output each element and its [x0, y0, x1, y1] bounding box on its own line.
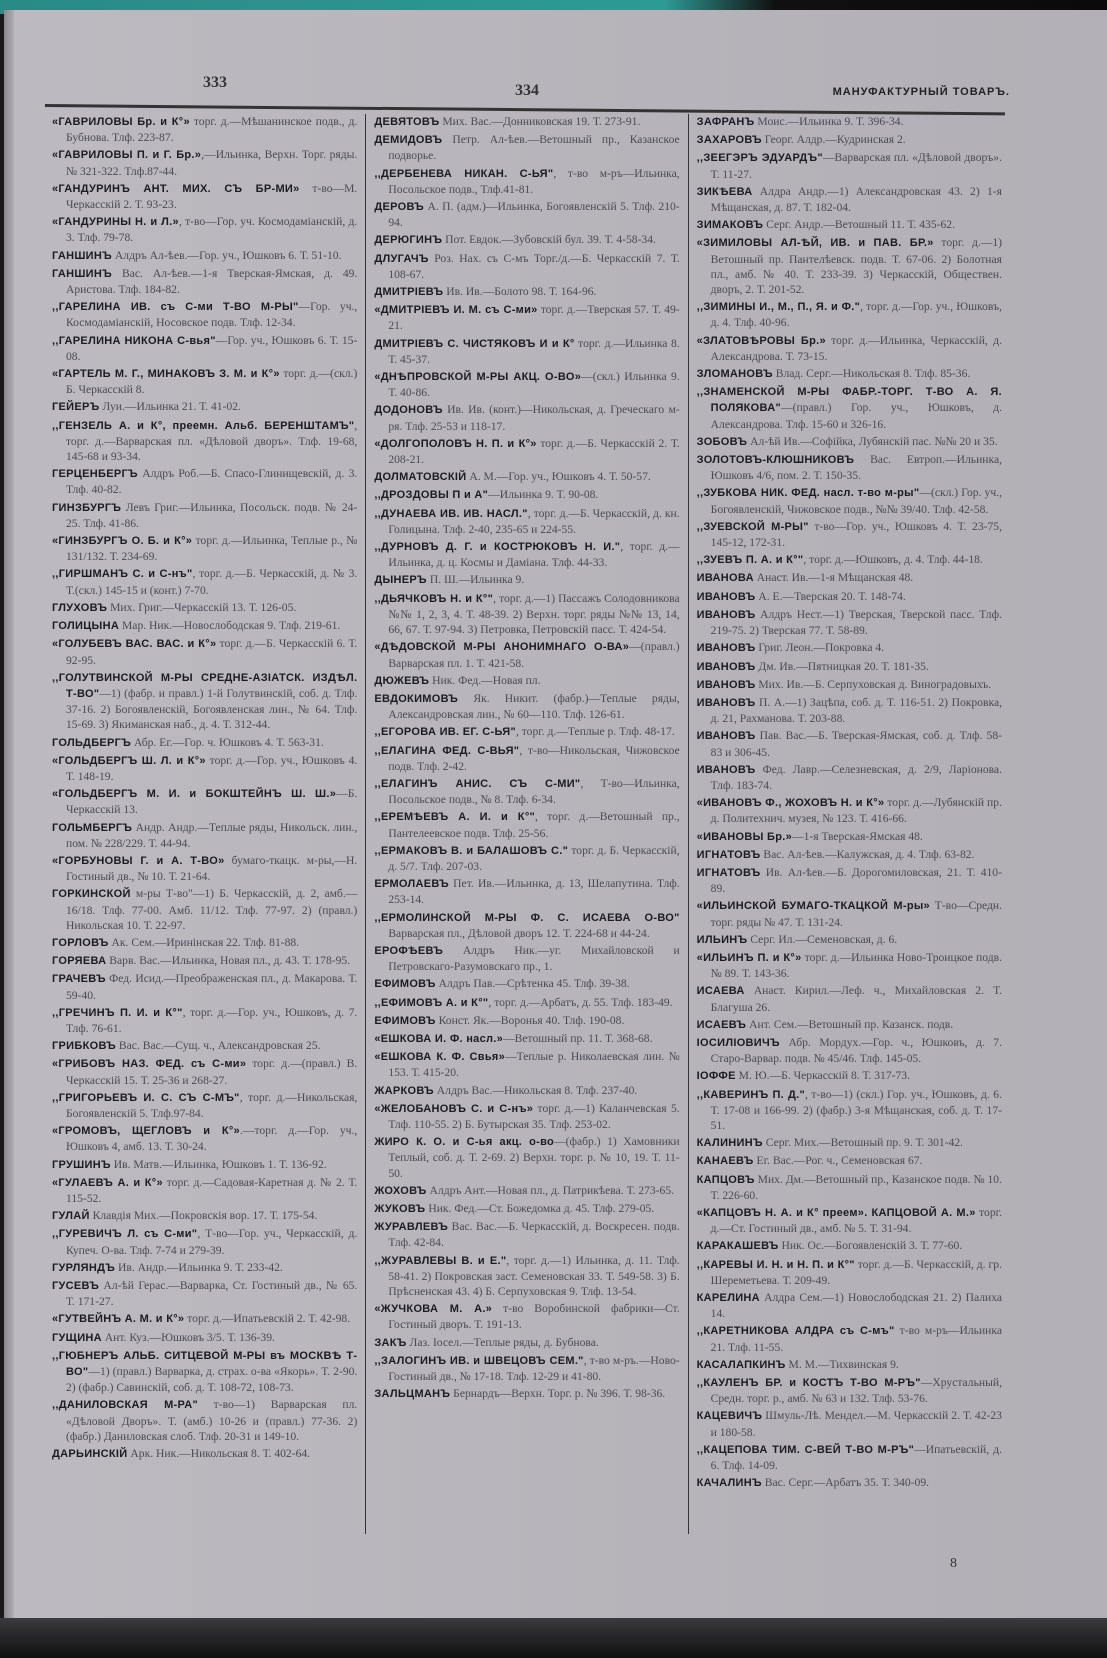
directory-entry: «КАПЦОВЪ Н. А. и К° преем». КАПЦОВОЙ А. … [697, 1205, 1002, 1236]
entry-name: ГРАЧЕВЪ [52, 973, 106, 985]
directory-entry: «ГОЛУБЕВЪ ВАС. ВАС. и К°» торг. д.—Б. Че… [52, 636, 357, 667]
directory-entry: ,,ЗУЕВЪ П. А. и К°", торг. д.—Юшковъ, д.… [697, 552, 1002, 568]
directory-entry: ,,ГУРЕВИЧЪ Л. съ С-ми", Т-во—Гор. уч., Ч… [52, 1226, 357, 1257]
directory-entry: ,,ЕРМОЛИНСКОЙ М-РЫ Ф. С. ИСАЕВА О-ВО" Ва… [374, 910, 679, 941]
entry-details: Мих. Дм.—Ветошный пр., Казанское подв. №… [711, 1173, 1002, 1202]
entry-details: Роз. Нах. съ С-мъ Торг./д.—Б. Черкасскій… [388, 252, 679, 281]
entry-details: П. А.—1) Зацѣпа, соб. д. Т. 116-51. 2) П… [711, 696, 1002, 725]
directory-entry: ,,ЗУБКОВА НИК. ФЕД. насл. т-во м-ры"—(ск… [697, 485, 1002, 516]
page-spine-shadow [4, 10, 14, 1630]
directory-entry: ЗОЛОТОВЪ-КЛЮШНИКОВЪ Вас. Евтроп.—Ильинка… [697, 452, 1002, 483]
entry-name: ИВАНОВЪ [697, 697, 756, 709]
entry-name: «ГОЛЬДБЕРГЪ М. И. и БОКШТЕЙНЪ Ш. Ш.» [52, 788, 336, 800]
entry-details: Мих. Вас.—Донниковская 19. Т. 273-91. [439, 115, 640, 128]
entry-name: ,,ЕРЕМѢЕВЪ А. И. и К°" [374, 811, 535, 823]
directory-entry: ГРУШИНЪ Ив. Матв.—Ильинка, Юшковъ 1. Т. … [52, 1157, 357, 1173]
entry-details: Анаст. Ив.—1-я Мѣщанская 48. [754, 571, 913, 584]
directory-entry: ЗОБОВЪ Ал-ѣй Ив.—Софійка, Лубянскій пас.… [697, 434, 1002, 450]
directory-entry: ИЛЬИНЪ Серг. Ил.—Семеновская, д. 6. [697, 932, 1002, 948]
directory-entry: КАРЕЛИНА Алдра Сем.—1) Новослободская 21… [697, 1290, 1002, 1321]
entry-name: ЕВДОКИМОВЪ [374, 693, 458, 705]
entry-name: ,,КАЦЕПОВА ТИМ. С-ВЕЙ Т-ВО М-РЪ" [697, 1444, 914, 1456]
entry-name: ДЕМИДОВЪ [374, 134, 442, 146]
entry-details: Алдръ Вас.—Никольская 8. Тлф. 237-40. [434, 1084, 637, 1097]
entry-name: КАНАЕВЪ [697, 1155, 754, 1167]
entry-details: Мих. Ив.—Б. Серпуховская д. Виноградовых… [755, 678, 991, 691]
directory-entry: ,,КАВЕРИНЪ П. Д.", т-во—1) (скл.) Гор. у… [697, 1087, 1002, 1134]
entry-details: Алдръ Пав.—Срѣтенка 45. Тлф. 39-38. [436, 977, 630, 990]
directory-entry: ,,ЕЛАГИНЪ АНИС. СЪ С-МИ", Т-во—Ильинка, … [374, 776, 679, 807]
directory-entry: ,,КАУЛЕНЪ БР. и КОСТЪ Т-ВО М-РЪ"—Хрустал… [697, 1375, 1002, 1406]
entry-name: ДЕРЮГИНЪ [374, 234, 442, 246]
entry-name: ,,ЗИМИНЫ И., М., П., Я. и Ф." [697, 301, 861, 313]
entry-name: ДЮЖЕВЪ [374, 675, 429, 687]
directory-entry: «ГАВРИЛОВЫ Бр. и К°» торг. д.—Мѣшанинско… [52, 114, 357, 145]
entry-details: Ант. Сем.—Ветошный пр. Казанск. подв. [746, 1018, 953, 1031]
entry-details: Алдръ Нест.—1) Тверская, Тверской пасс. … [711, 608, 1002, 637]
directory-entry: ,,ЗЕЕГЭРЪ ЭДУАРДЪ"—Варварская пл. «Дѣлов… [697, 150, 1002, 181]
entry-name: «ГОЛУБЕВЪ ВАС. ВАС. и К°» [52, 638, 216, 650]
entry-details: , торг. д.—Юшковъ, д. 4. Тлф. 44-18. [803, 553, 982, 566]
entry-name: ,,ДУРНОВЪ Д. Г. и КОСТРЮКОВЪ Н. И." [374, 541, 620, 553]
directory-entry: «ГРИБОВЪ НАЗ. ФЕД. съ С-ми» торг. д.—(пр… [52, 1056, 357, 1087]
entry-name: ДМИТРІЕВЪ С. ЧИСТЯКОВЪ И и К° [374, 338, 574, 350]
entry-details: —1) (фабр. и правл.) 1-й Голутвинскій, с… [66, 687, 357, 731]
entry-name: «ДѢДОВСКОЙ М-РЫ АНОНИМНАГО О-ВА» [374, 641, 629, 653]
entry-name: ИВАНОВА [697, 572, 754, 584]
entry-name: ,,ЗУЕВСКОЙ М-РЫ" [697, 521, 809, 533]
entry-name: ИВАНОВЪ [697, 642, 756, 654]
directory-entry: КАПЦОВЪ Мих. Дм.—Ветошный пр., Казанское… [697, 1172, 1002, 1203]
entry-name: ИВАНОВЪ [697, 764, 756, 776]
entry-details: Лаз. Іосел.—Теплые ряды, д. Бубнова. [407, 1336, 599, 1349]
entry-name: ИСАЕВА [697, 985, 745, 997]
entry-details: П. Ш.—Ильинка 9. [427, 573, 524, 586]
entry-name: ,,ДРОЗДОВЫ П и А" [374, 489, 488, 501]
directory-entry: ЗЛОМАНОВЪ Влад. Серг.—Никольская 8. Тлф.… [697, 366, 1002, 382]
entry-details: Григ. Леон.—Покровка 4. [755, 641, 884, 654]
directory-entry: ЗАХАРОВЪ Георг. Алдр.—Кудринская 2. [697, 132, 1002, 148]
entry-name: ГИНЗБУРГЪ [52, 502, 121, 514]
entry-name: ,,ГИРШМАНЪ С. и С-нъ" [52, 568, 193, 580]
entry-details: —Ильинка 9. Т. 90-08. [488, 488, 598, 501]
entry-details: Ак. Сем.—Иринінская 22. Тлф. 81-88. [109, 936, 299, 949]
entry-name: ЖАРКОВЪ [374, 1085, 434, 1097]
directory-entry: «ЖЕЛОБАНОВЪ С. и С-нъ» торг. д.—1) Калан… [374, 1101, 679, 1132]
entry-name: ГАНШИНЪ [52, 268, 112, 280]
directory-entry: ДЫНЕРЪ П. Ш.—Ильинка 9. [374, 572, 679, 588]
entry-details: Фед. Лавр.—Селезневская, д. 2/9, Ларіоно… [711, 763, 1002, 792]
entry-name: ,,ЕРМОЛИНСКОЙ М-РЫ Ф. С. ИСАЕВА О-ВО" [374, 912, 679, 924]
directory-entry: ИВАНОВЪ А. Е.—Тверская 20. Т. 148-74. [697, 589, 1002, 605]
directory-entry: ,,ЗИМИНЫ И., М., П., Я. и Ф.", торг. д.—… [697, 299, 1002, 330]
entry-details: —1) (правл.) Варварка, д. страх. о-ва «Я… [66, 1365, 357, 1394]
directory-entry: ГОРЯЕВА Варв. Вас.—Ильинка, Новая пл., д… [52, 953, 357, 969]
entry-details: торг. д.—Ипатьевскій 2. Т. 42-98. [184, 1312, 350, 1325]
directory-entry: «ИВАНОВЫ Бр.»—1-я Тверская-Ямская 48. [697, 829, 1002, 845]
entry-name: КАСАЛАПКИНЪ [697, 1359, 786, 1371]
entry-name: ЗАКЪ [374, 1337, 406, 1349]
entry-details: Ник. Ос.—Богоявленскій 3. Т. 77-60. [779, 1239, 963, 1252]
page-number: 334 [515, 82, 539, 100]
directory-entry: «ГРОМОВЪ, ЩЕГЛОВЪ и К°».—торг. д.—Гор. у… [52, 1123, 357, 1154]
page-header: 333 334 МАНУФАКТУРНЫЙ ТОВАРЪ. [40, 68, 1010, 108]
entry-name: ГУЛАЙ [52, 1210, 90, 1222]
directory-entry: «ГОЛЬДБЕРГЪ Ш. Л. и К°» торг. д.—Гор. уч… [52, 753, 357, 784]
entry-name: ,,ЖУРАВЛЕВЫ В. и Е." [374, 1255, 506, 1267]
directory-entry: «ГУТВЕЙНЪ А. М. и К°» торг. д.—Ипатьевск… [52, 1311, 357, 1327]
entry-details: Алдра Андр.—1) Александровская 43. 2) 1-… [711, 185, 1002, 214]
directory-entry: ИВАНОВЪ П. А.—1) Зацѣпа, соб. д. Т. 116-… [697, 695, 1002, 726]
directory-entry: ГРАЧЕВЪ Фед. Исид.—Преображенская пл., д… [52, 971, 357, 1002]
entry-name: ,,ГРИГОРЬЕВЪ И. С. СЪ С-МЪ" [52, 1092, 240, 1104]
directory-entry: ИГНАТОВЪ Вас. Ал-ѣев.—Калужская, д. 4. Т… [697, 847, 1002, 863]
directory-entry: ,,ДУРНОВЪ Д. Г. и КОСТРЮКОВЪ Н. И.", тор… [374, 539, 679, 570]
directory-entry: ГОЛЬДБЕРГЪ Абр. Ег.—Гор. ч. Юшковъ 4. Т.… [52, 735, 357, 751]
entry-name: ИВАНОВЪ [697, 609, 756, 621]
directory-entry: ГАНШИНЪ Вас. Ал-ѣев.—1-я Тверская-Ямская… [52, 266, 357, 297]
directory-entry: ИВАНОВЪ Фед. Лавр.—Селезневская, д. 2/9,… [697, 762, 1002, 793]
directory-entry: ЗИКѢЕВА Алдра Андр.—1) Александровская 4… [697, 184, 1002, 215]
entry-name: ,,ГРЕЧИНЪ П. И. и К°" [52, 1007, 183, 1019]
directory-entry: «ГАНДУРИНЪ АНТ. МИХ. СЪ БР-МИ» т-во—М. Ч… [52, 181, 357, 212]
directory-entry: ИВАНОВЪ Пав. Вас.—Б. Тверская-Ямская, со… [697, 728, 1002, 759]
entry-name: ЗАХАРОВЪ [697, 134, 762, 146]
entry-name: КАЦЕВИЧЪ [697, 1410, 763, 1422]
entry-details: Серг. Андр.—Ветошный 11. Т. 435-62. [763, 218, 955, 231]
directory-entry: «ЕШКОВА И. Ф. насл.»—Ветошный пр. 11. Т.… [374, 1031, 679, 1047]
entry-name: КАЧАЛИНЪ [697, 1477, 762, 1489]
entry-name: ГОРКИНСКОЙ [52, 888, 131, 900]
directory-entry: ЖУРАВЛЕВЪ Вас. Вас.—Б. Черкасскій, д. Во… [374, 1219, 679, 1250]
directory-entry: КАЧАЛИНЪ Вас. Серг.—Арбатъ 35. Т. 340-09… [697, 1475, 1002, 1491]
entry-details: Варв. Вас.—Ильинка, Новая пл., д. 43. Т.… [106, 954, 350, 967]
directory-entry: ,,ЕРМАКОВЪ В. и БАЛАШОВЪ С." торг. д. Б.… [374, 843, 679, 874]
directory-entry: ИСАЕВА Анаст. Кирил.—Леф. ч., Михайловск… [697, 983, 1002, 1014]
directory-entry: ,,ЕФИМОВЪ А. и К°", торг. д.—Арбатъ, д. … [374, 995, 679, 1011]
entry-name: ДОДОНОВЪ [374, 404, 443, 416]
directory-entry: ГУЩИНА Ант. Куз.—Юшковъ 3/5. Т. 136-39. [52, 1330, 357, 1346]
entry-details: Мих. Григ.—Черкасскій 13. Т. 126-05. [107, 601, 296, 614]
directory-entry: ,,ГАРЕЛИНА НИКОНА С-вья"—Гор. уч., Юшков… [52, 333, 357, 364]
directory-entry: КАРАКАШЕВЪ Ник. Ос.—Богоявленскій 3. Т. … [697, 1238, 1002, 1254]
entry-details: М. М.—Тихвинская 9. [786, 1358, 899, 1371]
directory-entry: ГОРКИНСКОЙ м-ры Т-во"—1) Б. Черкасскій, … [52, 886, 357, 933]
entry-name: ,,ДАНИЛОВСКАЯ М-РА" [52, 1399, 198, 1411]
directory-entry: КАЛИНИНЪ Серг. Мих.—Ветошный пр. 9. Т. 3… [697, 1135, 1002, 1151]
directory-entry: ,,ЗАЛОГИНЪ ИВ. и ШВЕЦОВЪ СЕМ.", т-во м-р… [374, 1353, 679, 1384]
directory-entry: «ГУЛАЕВЪ А. и К°» торг. д.—Садовая-Карет… [52, 1175, 357, 1206]
directory-entry: ГЕРЦЕНБЕРГЪ Алдръ Роб.—Б. Спасо-Глинищев… [52, 466, 357, 497]
entry-name: ГУЩИНА [52, 1332, 102, 1344]
entry-name: ИГНАТОВЪ [697, 849, 761, 861]
entry-name: ИВАНОВЪ [697, 591, 756, 603]
directory-entry: ЖИРО К. О. и С-ья акц. о-во—(фабр.) 1) Х… [374, 1134, 679, 1181]
directory-entry: ИГНАТОВЪ Ив. Ал-ѣев.—Б. Дорогомиловская,… [697, 865, 1002, 896]
entry-name: «ЕШКОВА К. Ф. Свья» [374, 1051, 505, 1063]
entry-details: Конст. Як.—Воронья 40. Тлф. 190-08. [436, 1014, 625, 1027]
directory-entry: ЕФИМОВЪ Алдръ Пав.—Срѣтенка 45. Тлф. 39-… [374, 976, 679, 992]
entry-name: ГРУШИНЪ [52, 1159, 111, 1171]
entry-details: Алдръ Ал-ѣев.—Гор. уч., Юшковъ 6. Т. 51-… [112, 249, 342, 262]
facing-page-number: 333 [203, 74, 227, 92]
entry-name: ЕФИМОВЪ [374, 978, 435, 990]
entry-details: , торг. д.—Теплые р. Тлф. 48-17. [516, 725, 675, 738]
directory-entry: ,,ГИРШМАНЪ С. и С-нъ", торг. д.—Б. Черка… [52, 566, 357, 597]
entry-name: «ЗИМИЛОВЫ АЛ-ѢЙ, ИВ. и ПАВ. БР.» [697, 237, 934, 249]
entry-name: ,,ЕРМАКОВЪ В. и БАЛАШОВЪ С." [374, 845, 568, 857]
entry-name: ДАРЬИНСКІЙ [52, 1448, 128, 1460]
directory-entry: ИСАЕВЪ Ант. Сем.—Ветошный пр. Казанск. п… [697, 1017, 1002, 1033]
directory-entry: ІОСИЛІОВИЧЪ Абр. Мордух.—Гор. ч., Юшковъ… [697, 1035, 1002, 1066]
directory-entry: ,,ЕГОРОВА ИВ. ЕГ. С-ЬЯ", торг. д.—Теплые… [374, 724, 679, 740]
entry-details: Луи.—Ильинка 21. Т. 41-02. [100, 400, 241, 413]
directory-entry: ДЛУГАЧЪ Роз. Нах. съ С-мъ Торг./д.—Б. Че… [374, 251, 679, 282]
directory-entry: КАЦЕВИЧЪ Шмуль-Лѣ. Мендел.—М. Черкасскій… [697, 1408, 1002, 1439]
directory-entry: ГУЛАЙ Клавдія Мих.—Покровскія вор. 17. Т… [52, 1208, 357, 1224]
directory-entry: КАНАЕВЪ Ег. Вас.—Рог. ч., Семеновская 67… [697, 1153, 1002, 1169]
entry-name: ,,ДЕРБЕНЕВА НИКАН. С-ЬЯ" [374, 168, 553, 180]
entry-name: «ЕШКОВА И. Ф. насл.» [374, 1033, 503, 1045]
entry-name: ЗОЛОТОВЪ-КЛЮШНИКОВЪ [697, 454, 855, 466]
directory-entry: «ЕШКОВА К. Ф. Свья»—Теплые р. Николаевск… [374, 1049, 679, 1080]
entry-name: «ГОЛЬДБЕРГЪ Ш. Л. и К°» [52, 755, 206, 767]
entry-name: ЗИКѢЕВА [697, 186, 753, 198]
entry-name: ИВАНОВЪ [697, 679, 756, 691]
entry-details: Ник. Фед.—Новая пл. [429, 674, 540, 687]
entry-details: Ив. Андр.—Ильинка 9. Т. 233-42. [115, 1261, 283, 1274]
entry-name: ,,ЗЕЕГЭРЪ ЭДУАРДЪ" [697, 152, 823, 164]
directory-entry: ,,ЗУЕВСКОЙ М-РЫ" т-во—Гор. уч., Юшковъ 4… [697, 519, 1002, 550]
entry-name: «ГАНДУРИНЫ Н. и Л.» [52, 216, 179, 228]
entry-name: ,,ЕЛАГИНА ФЕД. С-ВЬЯ" [374, 745, 519, 757]
directory-entry: «ИЛЬИНСКОЙ БУМАГО-ТКАЦКОЙ М-ры» Т-во—Сре… [697, 898, 1002, 929]
directory-entry: ЖОХОВЪ Алдръ Ант.—Новая пл., д. Патрикѣе… [374, 1183, 679, 1199]
directory-entry: ИВАНОВЪ Алдръ Нест.—1) Тверская, Тверско… [697, 607, 1002, 638]
entry-name: «ДМИТРІЕВЪ И. М. съ С-ми» [374, 304, 537, 316]
directory-entry: ,,ДУНАЕВА ИВ. ИВ. НАСЛ.", торг. д.—Б. Че… [374, 506, 679, 537]
directory-entry: «ГОРБУНОВЫ Г. и А. Т-ВО» бумаго-ткацк. м… [52, 853, 357, 884]
entry-details: Вас. Ал-ѣев.—Калужская, д. 4. Тлф. 63-82… [761, 848, 975, 861]
signature-mark: 8 [950, 1556, 957, 1572]
entry-name: ГОЛЬДБЕРГЪ [52, 737, 131, 749]
entry-name: ГЕРЦЕНБЕРГЪ [52, 468, 138, 480]
directory-entry: ИВАНОВЪ Григ. Леон.—Покровка 4. [697, 640, 1002, 656]
entry-details: —Ветошный пр. 11. Т. 368-68. [503, 1032, 652, 1045]
entry-details: Пав. Вас.—Б. Тверская-Ямская, соб. д. Тл… [711, 729, 1002, 758]
directory-entry: «ДОЛГОПОЛОВЪ Н. П. и К°» торг. д.—Б. Чер… [374, 436, 679, 467]
entry-name: «ИЛЬИНЪ П. и К°» [697, 952, 802, 964]
entry-name: ,,ЗАЛОГИНЪ ИВ. и ШВЕЦОВЪ СЕМ." [374, 1355, 583, 1367]
directory-entry: ,,ЗНАМЕНСКОЙ М-РЫ ФАБР.-ТОРГ. Т-ВО А. Я.… [697, 384, 1002, 432]
entry-name: «ГАВРИЛОВЫ Бр. и К°» [52, 116, 190, 128]
entry-name: ІОФФЕ [697, 1070, 736, 1082]
entry-name: «ГУЛАЕВЪ А. и К°» [52, 1177, 163, 1189]
entry-name: ИСАЕВЪ [697, 1019, 747, 1031]
entry-details: А. П. (адм.)—Ильинка, Богоявленскій 5. Т… [388, 200, 679, 229]
entry-name: «ГАРТЕЛЬ М. Г., МИНАКОВЪ З. М. и К°» [52, 368, 280, 380]
entry-details: Арк. Ник.—Никольская 8. Т. 402-64. [128, 1447, 311, 1460]
entry-name: ,,КАРЕВЫ И. Н. и Н. П. и К°" [697, 1259, 855, 1271]
directory-entry: «ЖУЧКОВА М. А.» т-во Воробинской фабрики… [374, 1301, 679, 1332]
directory-entry: КАСАЛАПКИНЪ М. М.—Тихвинская 9. [697, 1357, 1002, 1373]
entry-name: «ГУТВЕЙНЪ А. М. и К°» [52, 1313, 184, 1325]
entry-details: Влад. Серг.—Никольская 8. Тлф. 85-36. [773, 367, 970, 380]
directory-entry: ,,ДРОЗДОВЫ П и А"—Ильинка 9. Т. 90-08. [374, 487, 679, 503]
entry-name: «ИВАНОВЪ Ф., ЖОХОВЪ Н. и К°» [697, 797, 885, 809]
entry-details: Ив. Матв.—Ильинка, Юшковъ 1. Т. 136-92. [111, 1158, 327, 1171]
entry-name: ,,ДЬЯЧКОВЪ Н. и К°" [374, 593, 493, 605]
column-2: ДЕВЯТОВЪ Мих. Вас.—Донниковская 19. Т. 2… [365, 114, 687, 1534]
directory-entry: ,,ГЕНЗЕЛЬ А. и К°, преемн. Альб. БЕРЕНШТ… [52, 418, 357, 465]
directory-entry: ДЕРЮГИНЪ Пот. Евдок.—Зубовскій бул. 39. … [374, 232, 679, 248]
entry-name: ,,КАУЛЕНЪ БР. и КОСТЪ Т-ВО М-РЪ" [697, 1377, 921, 1389]
directory-entry: «ИЛЬИНЪ П. и К°» торг. д.—Ильинка Ново-Т… [697, 950, 1002, 981]
running-head: МАНУФАКТУРНЫЙ ТОВАРЪ. [833, 86, 1010, 98]
directory-entry: ИВАНОВА Анаст. Ив.—1-я Мѣщанская 48. [697, 570, 1002, 586]
entry-name: «КАПЦОВЪ Н. А. и К° преем». КАПЦОВОЙ А. … [697, 1207, 976, 1219]
entry-name: ,,ЗУБКОВА НИК. ФЕД. насл. т-во м-ры" [697, 487, 920, 499]
entry-details: Анаст. Кирил.—Леф. ч., Михайловская 2. Т… [711, 984, 1002, 1013]
directory-entry: «ЗЛАТОВѢРОВЫ Бр.» торг. д.—Ильинка, Черк… [697, 333, 1002, 364]
entry-name: ДЫНЕРЪ [374, 574, 427, 586]
entry-name: ЗИМАКОВЪ [697, 219, 764, 231]
entry-name: ЗАФРАНЪ [697, 116, 755, 128]
directory-entry: ЗАКЪ Лаз. Іосел.—Теплые ряды, д. Бубнова… [374, 1335, 679, 1351]
entry-details: Пот. Евдок.—Зубовскій бул. 39. Т. 4-58-3… [442, 233, 656, 246]
entry-name: ,,ГАРЕЛИНА ИВ. съ С-ми Т-ВО М-РЫ" [52, 301, 299, 313]
entry-details: , торг. д.—Арбатъ, д. 55. Тлф. 183-49. [488, 996, 672, 1009]
directory-entry: ДЕМИДОВЪ Петр. Ал-ѣев.—Ветошный пр., Каз… [374, 132, 679, 163]
entry-name: КАРЕЛИНА [697, 1292, 760, 1304]
entry-name: ,,ГУРЕВИЧЪ Л. съ С-ми" [52, 1228, 197, 1240]
directory-entry: ГОЛЬМБЕРГЪ Андр. Андр.—Теплые ряды, Нико… [52, 820, 357, 851]
entry-details: Серг. Ил.—Семеновская, д. 6. [747, 933, 897, 946]
directory-entry: ГУСЕВЪ Ал-ѣй Герас.—Варварка, Ст. Гостин… [52, 1278, 357, 1309]
directory-entry: ,,КАРЕТНИКОВА АЛДРА съ С-мъ" т-во м-ръ—И… [697, 1323, 1002, 1354]
directory-entry: ГАНШИНЪ Алдръ Ал-ѣев.—Гор. уч., Юшковъ 6… [52, 248, 357, 264]
entry-name: ,,ЕЛАГИНЪ АНИС. СЪ С-МИ" [374, 778, 580, 790]
directory-entry: ,,ГРЕЧИНЪ П. И. и К°", торг. д.—Гор. уч.… [52, 1005, 357, 1036]
directory-entry: ИВАНОВЪ Мих. Ив.—Б. Серпуховская д. Вино… [697, 677, 1002, 693]
entry-details: Фед. Исид.—Преображенская пл., д. Макаро… [66, 972, 357, 1001]
book-bottom-edge [0, 1618, 1107, 1658]
entry-name: ДЕВЯТОВЪ [374, 116, 439, 128]
directory-entry: ІОФФЕ М. Ю.—Б. Черкасскій 8. Т. 317-73. [697, 1068, 1002, 1084]
entry-details: Варварская пл., Дѣловой дворъ 12. Т. 224… [388, 927, 649, 940]
directory-entry: «ДѢДОВСКОЙ М-РЫ АНОНИМНАГО О-ВА»—(правл.… [374, 639, 679, 670]
entry-name: «ИЛЬИНСКОЙ БУМАГО-ТКАЦКОЙ М-ры» [697, 900, 930, 912]
entry-details: А. Е.—Тверская 20. Т. 148-74. [755, 590, 905, 603]
entry-name: ,,ЕГОРОВА ИВ. ЕГ. С-ЬЯ" [374, 726, 516, 738]
entry-name: ДОЛМАТОВСКІЙ [374, 471, 466, 483]
entry-details: Ник. Фед.—Ст. Божедомка д. 45. Тлф. 279-… [425, 1202, 654, 1215]
entry-name: ГУСЕВЪ [52, 1280, 99, 1292]
entry-name: «ГАНДУРИНЪ АНТ. МИХ. СЪ БР-МИ» [52, 183, 300, 195]
entry-name: «ГАВРИЛОВЫ П. и Г. Бр.» [52, 149, 201, 161]
directory-entry: ДЮЖЕВЪ Ник. Фед.—Новая пл. [374, 673, 679, 689]
entry-details: Бернардъ—Верхн. Торг. р. № 396. Т. 98-36… [450, 1387, 665, 1400]
directory-entry: ,,ГОЛУТВИНСКОЙ М-РЫ СРЕДНЕ-АЗІАТСК. ИЗДѢ… [52, 670, 357, 733]
entry-name: КАЛИНИНЪ [697, 1137, 763, 1149]
directory-entry: ЗАЛЬЦМАНЪ Бернардъ—Верхн. Торг. р. № 396… [374, 1386, 679, 1402]
entry-name: ГОЛИЦЫНА [52, 620, 119, 632]
entry-name: ГЕЙЕРЪ [52, 401, 100, 413]
entry-details: М. Ю.—Б. Черкасскій 8. Т. 317-73. [736, 1069, 910, 1082]
directory-entry: ДМИТРІЕВЪ С. ЧИСТЯКОВЪ И и К° торг. д.—И… [374, 336, 679, 367]
directory-entry: «ГАНДУРИНЫ Н. и Л.», т-во—Гор. уч. Космо… [52, 214, 357, 245]
directory-entry: ГРИБКОВЪ Вас. Вас.—Сущ. ч., Александровс… [52, 1038, 357, 1054]
entry-name: ЕРМОЛАЕВЪ [374, 878, 449, 890]
directory-entry: «ГАРТЕЛЬ М. Г., МИНАКОВЪ З. М. и К°» тор… [52, 366, 357, 397]
directory-entry: ,,КАРЕВЫ И. Н. и Н. П. и К°" торг. д.—Б.… [697, 1257, 1002, 1288]
entry-name: ЗЛОМАНОВЪ [697, 368, 773, 380]
directory-entry: ЕФИМОВЪ Конст. Як.—Воронья 40. Тлф. 190-… [374, 1013, 679, 1029]
entry-name: «ГРОМОВЪ, ЩЕГЛОВЪ и К°» [52, 1125, 240, 1137]
entry-details: Ив. Ив.—Болото 98. Т. 164-96. [443, 285, 596, 298]
directory-entry: ГИНЗБУРГЪ Левъ Григ.—Ильинка, Посольск. … [52, 500, 357, 531]
entry-name: «ДОЛГОПОЛОВЪ Н. П. и К°» [374, 438, 536, 450]
directory-entry: ,,КАЦЕПОВА ТИМ. С-ВЕЙ Т-ВО М-РЪ"—Ипатьев… [697, 1442, 1002, 1473]
entry-name: «ЖЕЛОБАНОВЪ С. и С-нъ» [374, 1103, 533, 1115]
directory-entry: ДЕРОВЪ А. П. (адм.)—Ильинка, Богоявленск… [374, 199, 679, 230]
directory-entry: ,,ЖУРАВЛЕВЫ В. и Е.", торг. д.—1) Ильинк… [374, 1253, 679, 1300]
entry-name: ЕРОФѢЕВЪ [374, 945, 443, 957]
directory-entry: ,,ЕРЕМѢЕВЪ А. И. и К°", торг. д.—Ветошны… [374, 809, 679, 840]
directory-entry: ,,ГАРЕЛИНА ИВ. съ С-ми Т-ВО М-РЫ"—Гор. у… [52, 299, 357, 330]
entry-name: ДЛУГАЧЪ [374, 253, 428, 265]
directory-entry: ЕРОФѢЕВЪ Алдръ Ник.—уг. Михайловской и П… [374, 943, 679, 974]
entry-name: ГРИБКОВЪ [52, 1040, 116, 1052]
entry-details: Клавдія Мих.—Покровскія вор. 17. Т. 175-… [90, 1209, 318, 1222]
entry-details: А. М.—Гор. уч., Юшковъ 4. Т. 50-57. [466, 470, 650, 483]
entry-name: «ГОРБУНОВЫ Г. и А. Т-ВО» [52, 855, 225, 867]
directory-entry: «ЗИМИЛОВЫ АЛ-ѢЙ, ИВ. и ПАВ. БР.» торг. д… [697, 235, 1002, 297]
entry-name: «ЗЛАТОВѢРОВЫ Бр.» [697, 335, 826, 347]
entry-name: ИЛЬИНЪ [697, 934, 748, 946]
entry-name: ГОЛЬМБЕРГЪ [52, 822, 132, 834]
entry-name: ЖОХОВЪ [374, 1185, 426, 1197]
directory-entry: «ГАВРИЛОВЫ П. и Г. Бр.»,—Ильинка, Верхн.… [52, 147, 357, 178]
directory-entry: ДОЛМАТОВСКІЙ А. М.—Гор. уч., Юшковъ 4. Т… [374, 469, 679, 485]
entry-name: ИВАНОВЪ [697, 661, 756, 673]
directory-entry: ЗАФРАНЪ Моис.—Ильинка 9. Т. 396-34. [697, 114, 1002, 130]
entry-details: Мар. Ник.—Новослободская 9. Тлф. 219-61. [119, 619, 340, 632]
entry-name: ,,КАВЕРИНЪ П. Д." [697, 1089, 805, 1101]
entry-name: ,,ГЕНЗЕЛЬ А. и К°, преемн. Альб. БЕРЕНШТ… [52, 420, 354, 432]
directory-entry: ,,ЕЛАГИНА ФЕД. С-ВЬЯ", т-во—Никольская, … [374, 743, 679, 774]
directory-entry: ,,ДАНИЛОВСКАЯ М-РА" т-во—1) Варварская п… [52, 1397, 357, 1444]
entry-name: «ГРИБОВЪ НАЗ. ФЕД. съ С-ми» [52, 1058, 246, 1070]
entry-details: Абр. Ег.—Гор. ч. Юшковъ 4. Т. 563-31. [131, 736, 324, 749]
entry-name: ГУРЛЯНДЪ [52, 1262, 115, 1274]
entry-details: Ант. Куз.—Юшковъ 3/5. Т. 136-39. [102, 1331, 275, 1344]
directory-entry: ГЕЙЕРЪ Луи.—Ильинка 21. Т. 41-02. [52, 399, 357, 415]
entry-name: «ИВАНОВЫ Бр.» [697, 831, 792, 843]
entry-details: Алдръ Ант.—Новая пл., д. Патрикѣева. Т. … [427, 1184, 674, 1197]
directory-entry: ЖУКОВЪ Ник. Фед.—Ст. Божедомка д. 45. Тл… [374, 1201, 679, 1217]
directory-entry: ,,ГЮБНЕРЪ АЛЬБ. СИТЦЕВОЙ М-РЫ въ МОСКВѢ … [52, 1348, 357, 1396]
entry-details: Георг. Алдр.—Кудринская 2. [762, 133, 906, 146]
directory-columns: «ГАВРИЛОВЫ Бр. и К°» торг. д.—Мѣшанинско… [44, 114, 1010, 1534]
entry-name: ГАНШИНЪ [52, 250, 112, 262]
entry-name: ЗОБОВЪ [697, 436, 748, 448]
entry-name: «ДНѢПРОВСКОЙ М-РЫ АКЦ. О-ВО» [374, 371, 581, 383]
directory-entry: ГУРЛЯНДЪ Ив. Андр.—Ильинка 9. Т. 233-42. [52, 1260, 357, 1276]
entry-details: —1-я Тверская-Ямская 48. [792, 830, 923, 843]
entry-name: ГОРЯЕВА [52, 955, 106, 967]
directory-entry: ЕРМОЛАЕВЪ Пет. Ив.—Ильинка, д. 13, Шелап… [374, 876, 679, 907]
